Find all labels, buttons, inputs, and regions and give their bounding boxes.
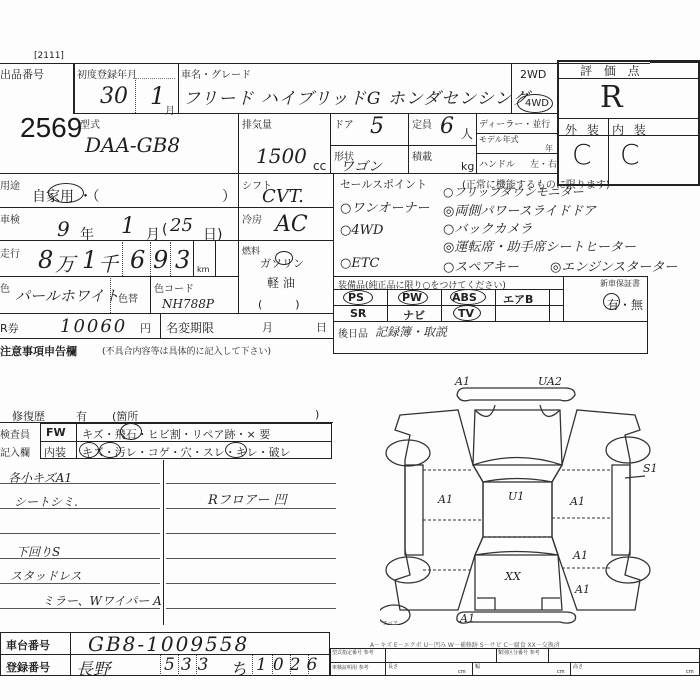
mark-roof: U1 [508, 490, 524, 503]
shift-value: CVT. [262, 186, 304, 207]
inspector-note-left: スタッドレス [10, 567, 82, 584]
inspection-label: 車検 [0, 211, 20, 226]
mileage-digit: 9 [153, 246, 168, 274]
equipment-airbag: エアB [503, 291, 533, 307]
length-label: 長さ [388, 663, 398, 670]
car-name-value: フリード ハイブリッドG ホンダセンシング [183, 84, 530, 109]
mileage-digit: 3 [175, 246, 190, 274]
inspection-open: ( [162, 222, 167, 238]
sales-point-item: ○4WD [340, 223, 383, 238]
mark-rear-hatch: XX [505, 570, 521, 583]
chassis-value: GB8-1009558 [88, 632, 249, 656]
color-value: パールホワイト [15, 285, 119, 306]
fuel-option-diesel: 軽 油 [267, 274, 295, 291]
capacity-unit: 人 [461, 125, 473, 142]
handle-label: ハンドル [479, 157, 515, 170]
sales-points-label: セールスポイント [340, 176, 427, 192]
recycle-value: 10060 [60, 316, 127, 337]
repair-history-close: ) [315, 408, 319, 421]
color-code-value: NH788P [162, 297, 214, 311]
mileage-man-unit: 万 [55, 248, 75, 277]
fuel-option-other: ( ) [258, 296, 300, 312]
month-unit: 月 [165, 102, 175, 117]
mark-right-rear: A1 [575, 583, 590, 596]
fw-label: FW [46, 426, 66, 439]
mileage-man: 8 [38, 246, 53, 274]
later-items-label: 後日品 [338, 325, 368, 340]
warranty-label: 新車保証書 [600, 278, 640, 289]
inspection-day: 25 [170, 215, 193, 236]
usage-close: ） [222, 186, 236, 206]
car-name-label: 車名・グレード [181, 66, 251, 81]
registration-number: 1026 [256, 655, 323, 675]
load-unit: kg [461, 160, 474, 173]
inspector-note-left: シートシミ. [14, 493, 78, 510]
mark-sill: S1 [643, 462, 658, 475]
car-diagram [380, 370, 700, 625]
fw-selected-circle [120, 423, 142, 440]
notes-note: (不具合内容等は具体的に記入して下さい) [102, 344, 271, 357]
chassis-label: 車台番号 [6, 637, 50, 653]
displacement-value: 1500 [256, 144, 307, 168]
dealer-label: ディーラー・並行 [479, 117, 550, 130]
sales-point-item: ○バックカメラ [443, 218, 532, 237]
sales-point-item: ○ワンオーナー [340, 197, 429, 216]
inspector-note-left: 各小キズA1 [8, 469, 72, 486]
sales-point-item: ○スペアキー [443, 256, 519, 275]
inspector-label-2: 記入欄 [0, 444, 30, 459]
name-change-label: 名変期限 [166, 319, 214, 336]
sales-point-item: ◎エンジンスターター [550, 256, 677, 275]
mileage-unit: km [197, 265, 209, 274]
equipment-tv-circle [453, 305, 481, 321]
fw-items: キズ・飛石・ヒビ割・リペア跡・× 要 [82, 426, 270, 442]
doors-label: ドア [334, 116, 354, 131]
sales-point-item: ○ETC [340, 256, 379, 271]
registration-label: 登録番号 [6, 659, 50, 675]
fuel-selected-circle [275, 251, 293, 265]
handle-value: 左・右 [530, 157, 557, 170]
color-code-label: 色コード [154, 280, 194, 295]
spare-label: スペア [383, 620, 398, 627]
doors-value: 5 [370, 114, 384, 139]
model-value: DAA-GB8 [85, 133, 180, 157]
int-label: 内装 [44, 444, 66, 460]
displacement-label: 排気量 [242, 116, 272, 131]
int-selected-circle-2 [99, 442, 121, 458]
model-year-label: モデル年式 [479, 135, 555, 144]
usage-label: 用途 [0, 177, 20, 192]
interior-value: C [620, 138, 640, 171]
mark-front-bumper-right: UA2 [538, 375, 562, 388]
later-items-value: 記録簿・取説 [375, 323, 447, 340]
category-label: 類別区分番号 参考 [498, 649, 540, 656]
int-selected-circle-3 [225, 442, 247, 458]
drive-2wd: 2WD [520, 68, 546, 81]
score-label: 評 価 点 [580, 62, 644, 79]
exterior-value: C [572, 138, 592, 171]
ac-label: 冷房 [242, 211, 262, 226]
inspector-note-left: 下回りS [16, 543, 60, 560]
inspection-month-unit: 月 [146, 224, 160, 244]
height-label: 高さ [573, 663, 583, 670]
notes-label: 注意事項申告欄 [0, 343, 77, 359]
inspection-month: 1 [121, 214, 135, 239]
fuel-label: 燃料 [242, 244, 260, 257]
recycle-label: R券 [0, 320, 19, 336]
mileage-digit: 6 [130, 246, 145, 274]
first-registration-year: 30 [100, 84, 128, 109]
mark-right-side: A1 [570, 495, 585, 508]
model-label: 型式 [80, 116, 100, 131]
form-code: [2111] [34, 51, 64, 61]
inspection-year-unit: 年 [80, 224, 94, 244]
color-label: 色 [0, 280, 10, 295]
load-label: 積載 [412, 148, 432, 163]
sales-point-item: ◎運転席・助手席シートヒーター [443, 236, 636, 255]
mark-front-bumper-left: A1 [455, 375, 470, 388]
drive-selected-circle [517, 94, 553, 113]
sales-point-item: ◎両側パワースライドドア [443, 200, 596, 219]
lot-number: 2569 [20, 112, 82, 144]
type-designation-label: 型式指定番号 参考 [332, 649, 374, 656]
registration-class: 533 [164, 655, 214, 675]
length-unit: cm [458, 669, 466, 675]
displacement-unit: cc [313, 159, 326, 173]
mileage-sen-unit: 千 [98, 248, 118, 277]
inspector-note-right: Rフロアー 凹 [208, 489, 287, 508]
recycle-unit: 円 [140, 320, 151, 336]
vehicle-cert-label: 車検証明用 参考 [332, 664, 369, 671]
inspector-label-1: 検査員 [0, 426, 30, 441]
mark-left-side: A1 [438, 493, 453, 506]
registration-area: 長野 [76, 655, 110, 680]
mark-rear-bumper: A1 [460, 612, 475, 625]
equipment-ps-circle [343, 290, 373, 305]
ac-value: AC [275, 212, 308, 237]
height-unit: cm [686, 669, 694, 675]
name-change-day: 日 [316, 319, 327, 335]
first-registration-label: 初度登録年月 [77, 66, 137, 81]
score-value: R [600, 80, 623, 115]
mileage-sen: 1 [82, 246, 97, 274]
equipment-sr: SR [350, 307, 366, 320]
equipment-navi: ナビ [403, 307, 425, 323]
first-registration-month: 1 [150, 82, 165, 110]
width-unit: cm [557, 669, 565, 675]
lot-label: 出品番号 [0, 66, 44, 82]
sales-point-item: ○フリップダウンモニター [443, 183, 584, 200]
equipment-pw-circle [398, 290, 428, 305]
equipment-abs-circle [450, 289, 486, 305]
registration-kana: ち [230, 655, 247, 680]
inspection-year: 9 [57, 217, 70, 241]
int-selected-circle-1 [79, 442, 99, 458]
mark-right-rear-door: A1 [573, 549, 588, 562]
capacity-label: 定員 [412, 116, 432, 131]
inspection-day-unit: 日) [203, 224, 222, 244]
capacity-value: 6 [440, 114, 454, 139]
color-change-label: 色替 [118, 290, 138, 305]
mileage-label: 走行 [0, 245, 20, 260]
inspector-note-left: ミラー、Wワイパー A [42, 592, 162, 609]
usage-selected-circle [48, 183, 84, 203]
warranty-selected-circle [603, 293, 620, 310]
name-change-month: 月 [262, 319, 273, 335]
width-label: 幅 [475, 663, 480, 670]
